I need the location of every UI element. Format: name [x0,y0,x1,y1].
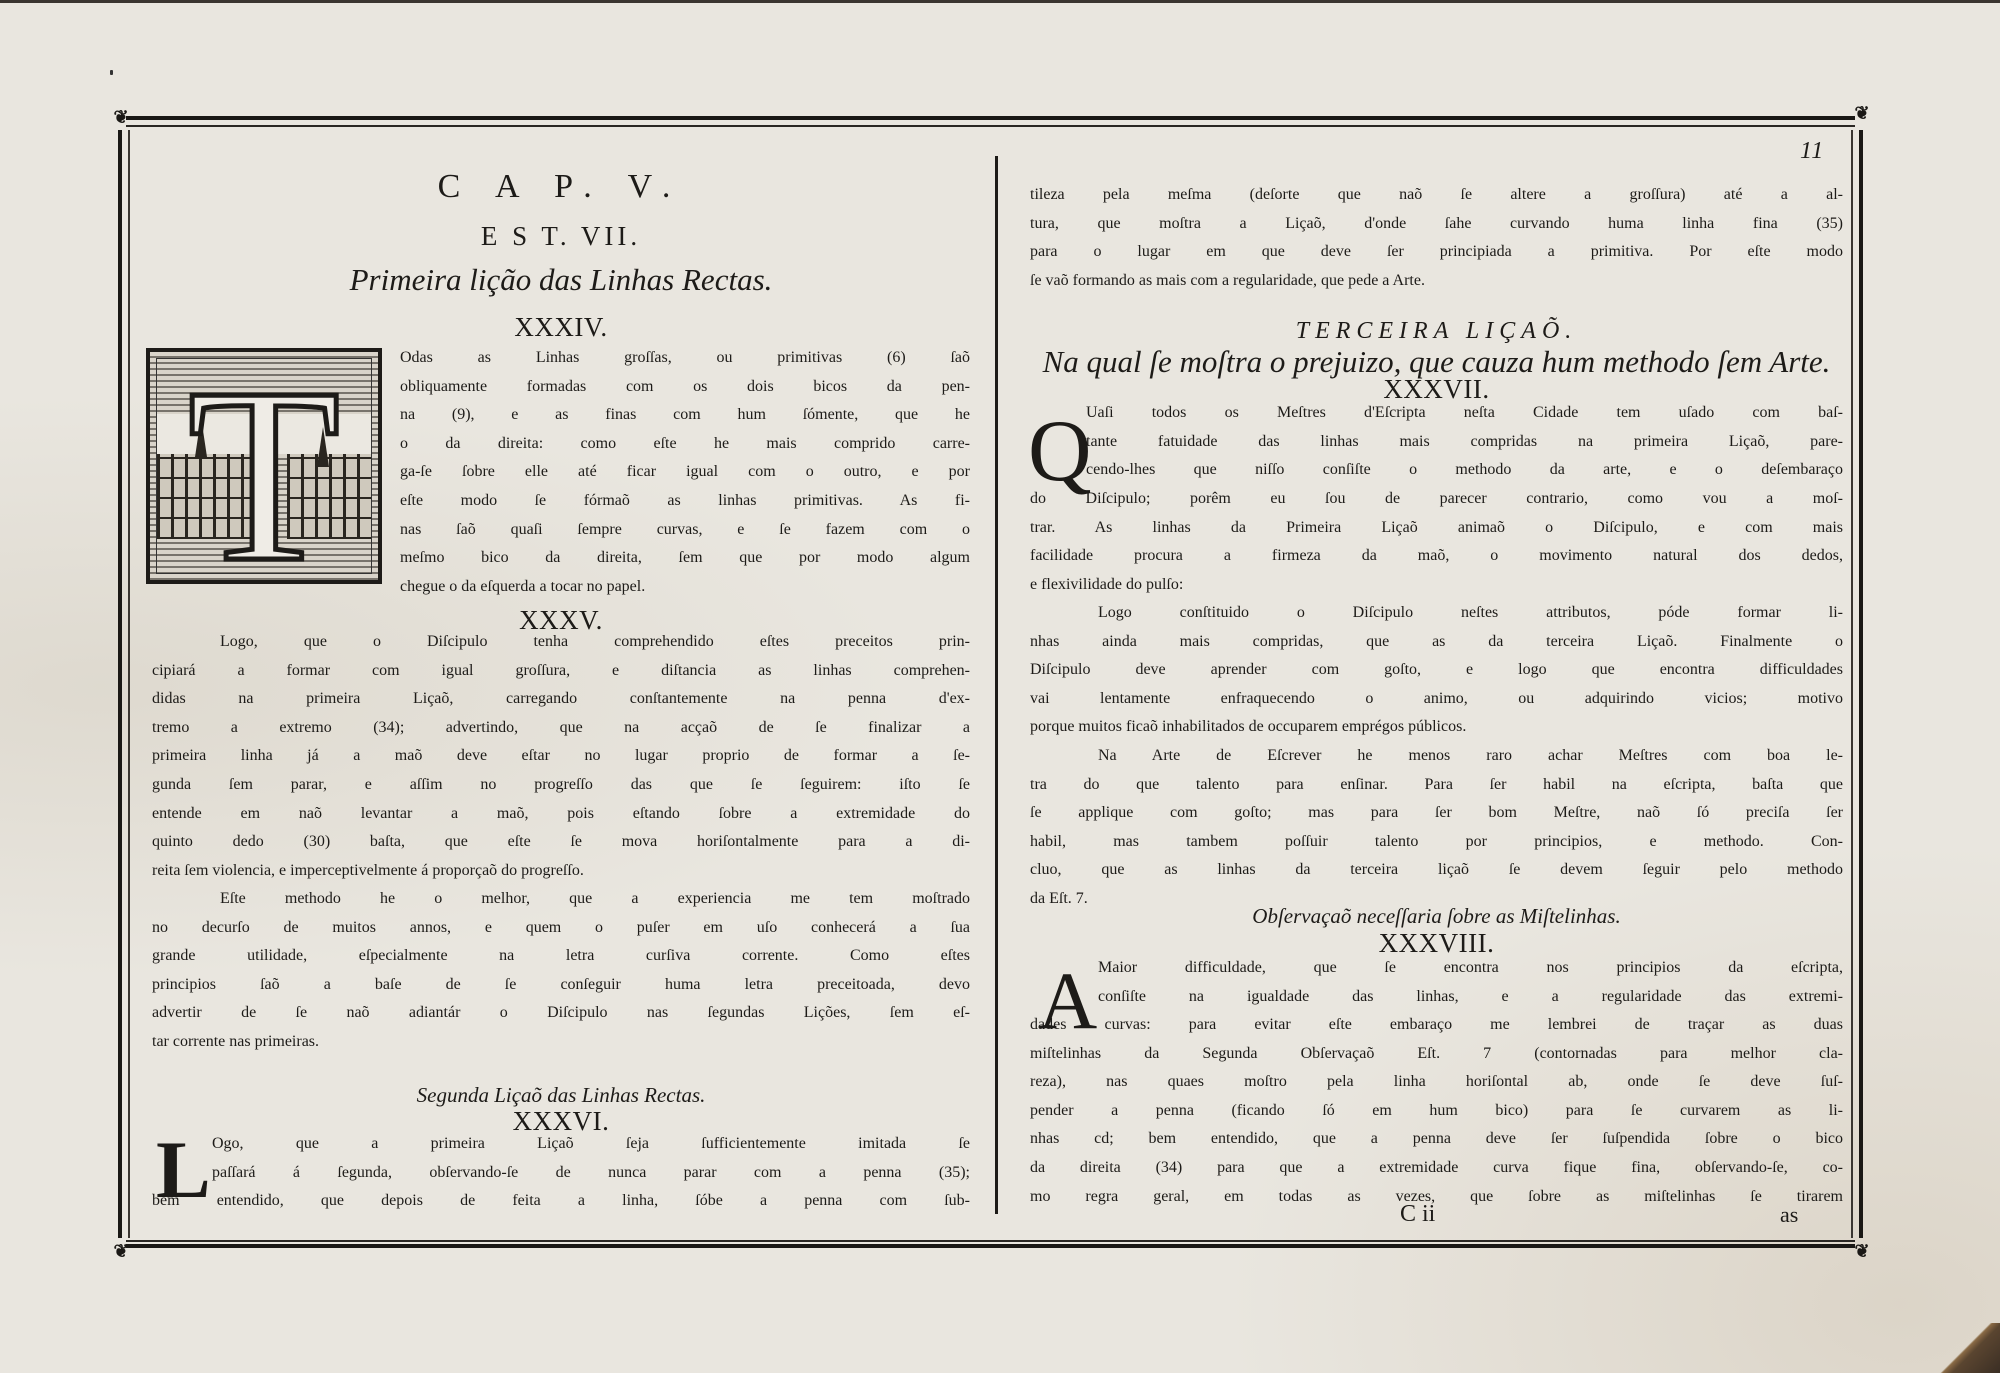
paragraph-xxxvi: Ogo, que a primeira Liçaõ ſeja ſufficien… [212,1135,970,1192]
frame-left-rule [118,130,122,1238]
frame-right-rule [1859,130,1863,1238]
frame-right-rule-inner [1851,130,1853,1238]
text-line: miſtelinhas da Segunda Obſervaçaõ Eſt. 7… [1030,1045,1843,1074]
text-line: grande utilidade, eſpecialmente na letra… [152,947,970,976]
corner-ornament-icon: ❦ [112,1242,130,1260]
text-line: reita ſem violencia, e imperceptivelment… [152,862,970,891]
text-line: tileza pela meſma (deſorte que naõ ſe al… [1030,186,1843,215]
initial-letter: T [157,358,371,574]
text-line: facilidade procura a firmeza da maõ, o m… [1030,547,1843,576]
text-line: Maior difficuldade, que ſe encontra nos … [1098,959,1843,988]
text-line: principios ſaõ a baſe de ſe conſeguir hu… [152,976,970,1005]
corner-ornament-icon: ❦ [112,108,130,126]
section-heading: Segunda Liçaõ das Linhas Rectas. [152,1083,970,1108]
plate-title: E S T. VII. [152,221,970,252]
text-line: Uaſi todos os Meſtres d'Eſcripta neſta C… [1086,404,1843,433]
section-heading: Obſervaçaõ neceſſaria ſobre as Miſtelinh… [1030,904,1843,929]
text-line: no decurſo de muitos annos, e quem o puſ… [152,919,970,948]
frame-bottom-rule [126,1244,1855,1252]
scan-top-edge [0,0,2000,3]
text-line: didas na primeira Liçaõ, carregando conſ… [152,690,970,719]
paragraph-method: Eſte methodo he o melhor, que a experien… [152,890,970,1062]
paragraph-xxxvii: Uaſi todos os Meſtres d'Eſcripta neſta C… [1086,404,1843,490]
frame-left-rule-inner [128,130,130,1238]
paragraph-xxxv: Logo, que o Diſcipulo tenha comprehendid… [152,633,970,890]
paragraph-arte-escrever: Na Arte de Eſcrever he menos raro achar … [1030,747,1843,919]
section-title: TERCEIRA LIÇAÕ. [1030,318,1843,345]
text-line: Logo, que o Diſcipulo tenha comprehendid… [152,633,970,662]
text-line: pender a penna (ficando ſó em hum bico) … [1030,1102,1843,1131]
text-line: Eſte methodo he o melhor, que a experien… [152,890,970,919]
text-line: eſte modo ſe fórmaõ as linhas primitivas… [400,492,970,521]
signature-mark: C ii [1400,1201,1435,1228]
section-numeral: XXXIV. [152,312,970,343]
text-line: habil, mas tambem poſſuir talento por pr… [1030,833,1843,862]
text-line: do Diſcipulo; porêm eu ſou de parecer co… [1030,490,1843,519]
text-line: trar. As linhas da Primeira Liçaõ animaõ… [1030,519,1843,548]
lesson-title: Primeira lição das Linhas Rectas. [152,262,970,298]
frame-top-rule [126,116,1855,124]
text-line: Odas as Linhas groſſas, ou primitivas (6… [400,349,970,378]
text-line: o da direita: como eſte he mais comprido… [400,435,970,464]
text-line: tante fatuidade das linhas mais comprida… [1086,433,1843,462]
text-line: Ogo, que a primeira Liçaõ ſeja ſufficien… [212,1135,970,1164]
torn-page-corner [1930,1323,2000,1373]
paragraph-xxxvii-cont: do Diſcipulo; porêm eu ſou de parecer co… [1030,490,1843,604]
page-number: 11 [1800,138,1824,165]
text-line: mo regra geral, em todas as vezes, que ſ… [1030,1188,1843,1217]
woodcut-cityscape-icon: T [156,358,372,574]
book-page: ❦ ❦ ❦ ❦ 11 C A P. V. E S T. VII. Primeir… [0,0,2000,1373]
text-line: tra do que talento para enſinar. Para ſe… [1030,776,1843,805]
text-line: bem entendido, que depois de feita a lin… [152,1192,970,1221]
paragraph-xxxviii: Maior difficuldade, que ſe encontra nos … [1098,959,1843,1016]
chapter-title: C A P. V. [152,168,970,206]
text-line: primeira linha já a maõ deve eſtar no lu… [152,747,970,776]
text-line: gunda ſem parar, e aſſim no progreſſo da… [152,776,970,805]
text-line: da direita (34) para que a extremidade c… [1030,1159,1843,1188]
paragraph-xxxviii-cont: dades curvas: para evitar eſte embaraço … [1030,1016,1843,1216]
section-numeral: XXXVI. [152,1106,970,1137]
text-line: reza), nas quaes moſtro pela linha horiſ… [1030,1073,1843,1102]
text-line: cendo-lhes que niſſo conſiſte o methodo … [1086,461,1843,490]
text-line: conſiſte na igualdade das linhas, e a re… [1098,988,1843,1017]
text-line: advertir de ſe naõ adiantár o Diſcipulo … [152,1004,970,1033]
text-line: nhas cd; bem entendido, que a penna deve… [1030,1130,1843,1159]
section-numeral: XXXVIII. [1030,928,1843,959]
text-line: meſmo bico da direita, ſem que por modo … [400,549,970,578]
paragraph-xxxiv: Odas as Linhas groſſas, ou primitivas (6… [400,349,970,606]
paragraph-xxxvi-cont: bem entendido, que depois de feita a lin… [152,1192,970,1221]
text-line: Logo conſtituido o Diſcipulo neſtes attr… [1030,604,1843,633]
text-line: ga-ſe ſobre elle até ficar igual com o o… [400,463,970,492]
text-line: porque muitos ficaõ inhabilitados de occ… [1030,718,1843,747]
text-line: tar corrente nas primeiras. [152,1033,970,1062]
text-line: na (9), e as finas com hum ſómente, que … [400,406,970,435]
text-line: cipiará a formar com igual groſſura, e d… [152,662,970,691]
text-line: entende em naõ levantar a maõ, pois eſta… [152,805,970,834]
text-line: vai lentamente enfraquecendo o animo, ou… [1030,690,1843,719]
text-line: nas ſaõ quaſi ſempre curvas, e ſe fazem … [400,521,970,550]
text-line: obliquamente formadas com os dois bicos … [400,378,970,407]
text-line: cluo, que as linhas da terceira liçaõ ſe… [1030,861,1843,890]
ink-speck [110,70,113,75]
decorated-initial-t: T [146,348,382,584]
text-line: chegue o da eſquerda a tocar no papel. [400,578,970,607]
frame-bottom-rule-inner [126,1240,1855,1242]
text-line: nhas ainda mais compridas, que as da ter… [1030,633,1843,662]
frame-top-rule-inner [126,125,1855,127]
section-numeral: XXXVII. [1030,374,1843,405]
paragraph-attributes: Logo conſtituido o Diſcipulo neſtes attr… [1030,604,1843,747]
paragraph-continuation: tileza pela meſma (deſorte que naõ ſe al… [1030,186,1843,300]
catchword: as [1780,1202,1798,1228]
text-line: para o lugar em que deve ſer principiada… [1030,243,1843,272]
section-numeral: XXXV. [152,605,970,636]
text-line: e flexivilidade do pulſo: [1030,576,1843,605]
text-line: tremo a extremo (34); advertindo, que na… [152,719,970,748]
initial-letter: Q [1028,408,1092,496]
text-line: dades curvas: para evitar eſte embaraço … [1030,1016,1843,1045]
text-line: ſe applique com goſto; mas para ſer bom … [1030,804,1843,833]
text-line: paſſará á ſegunda, obſervando-ſe de nunc… [212,1164,970,1193]
column-divider [995,156,998,1214]
corner-ornament-icon: ❦ [1853,1242,1871,1260]
text-line: tura, que moſtra a Liçaõ, d'onde ſahe cu… [1030,215,1843,244]
corner-ornament-icon: ❦ [1853,104,1871,122]
text-line: ſe vaõ formando as mais com a regularida… [1030,272,1843,301]
text-line: quinto dedo (30) baſta, que eſte ſe mova… [152,833,970,862]
text-line: Na Arte de Eſcrever he menos raro achar … [1030,747,1843,776]
text-line: Diſcipulo deve aprender com goſto, e log… [1030,661,1843,690]
